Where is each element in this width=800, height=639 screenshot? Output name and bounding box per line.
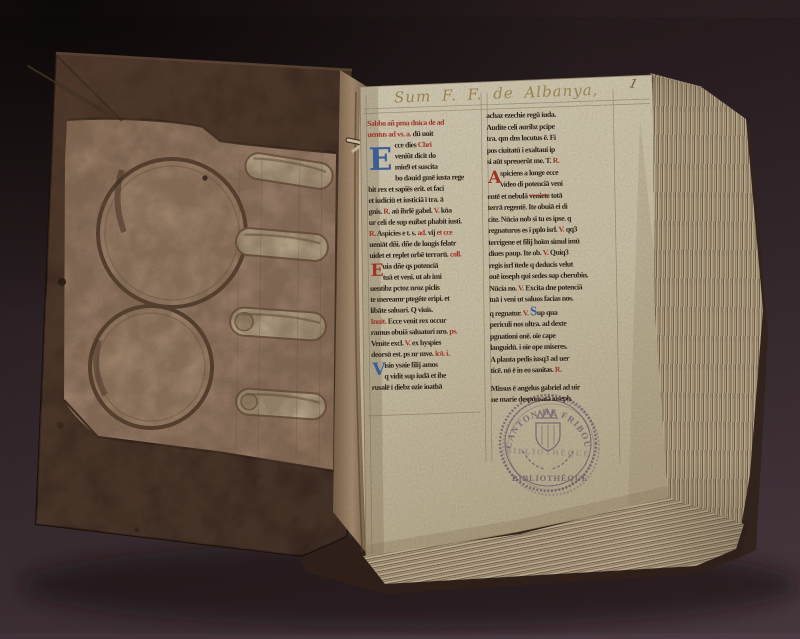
text-run: R. (369, 229, 377, 238)
text-run: ouē ioseph qui sedes sup cherubin. (489, 270, 588, 281)
text-run: pos ciuitatū i exaltaui ip (487, 144, 555, 154)
text-run: cite. Nūcia nob si tu es ipse. q (488, 213, 571, 223)
text-run: te mereamr ptegēte eripi. et (370, 294, 449, 304)
manuscript-column-right: achaz ezechie regū iuda.Audite celi auri… (486, 108, 623, 406)
text-run: languidū. i oīe ope miseres. (490, 342, 567, 352)
text-run: deorsū est. ps nr mve. (371, 349, 435, 359)
text-run: regnaturus es ī pplo isrl. (488, 225, 559, 235)
text-run: Aspicies e t. s. (377, 228, 418, 238)
text-run: uidet et replet orbē terrarū. (369, 250, 450, 260)
text-run: diues paup. Ite ob. (488, 248, 542, 258)
text-run: video di potenciā veni (500, 179, 562, 189)
text-run: R. (383, 207, 391, 216)
text-run: periculi nos ultra. ad dexte (490, 319, 567, 329)
library-stamp: BIBLIOTHÈQUE CANTON DE FRIBOURG BIBLIOTH… (487, 391, 609, 501)
text-run: entē et nebulā (487, 191, 529, 201)
text-run: min9 et suscita (395, 162, 438, 172)
text-run: bit rex et sapiēs erit. et faci (368, 184, 444, 194)
text-run: ex hyspies (412, 338, 441, 348)
stamp-bottom-text: BIBLIOTHÈQUE (512, 473, 588, 483)
text-run: Quiq3 (550, 248, 569, 257)
manuscript-column-left: Sabbo añ pma dnica de aduentus ad vs. a.… (367, 116, 490, 393)
stamp-top-text: CANTON DE FRIBOURG (487, 391, 593, 449)
text-run: terrigene et filij hoīm simul imū (488, 236, 579, 247)
text-run: veniete (529, 190, 549, 199)
text-run: Nūcia no. (489, 283, 518, 293)
text-run: ps. (449, 326, 457, 335)
text-run: totā (549, 190, 562, 199)
text-run: R. (553, 156, 560, 165)
text-run: libāte saluari. Q viuis. (370, 305, 433, 315)
text-run: uentus ad vs. a. (367, 129, 412, 139)
text-run: ad. (417, 228, 428, 237)
text-run: Chri (418, 140, 432, 149)
text-run: rusalē ī diebz ozie ioathā (372, 382, 442, 392)
text-run: pgnationi onē. oīe cape (490, 330, 556, 340)
text-run: qq3 (566, 224, 577, 233)
text-run: bo dauid gmē iusta rege (395, 172, 464, 182)
text-run: q vidit sup iudā et ihe (384, 371, 446, 381)
text-run: ramus obuiā saluatori nro. (371, 327, 450, 337)
text-run: si aūt spreuerūt me. T. (487, 156, 553, 166)
text-run: ticē. nō ē in eo sanitas. (490, 365, 554, 375)
text-run: regis isrl ītede q deducis velut (489, 259, 573, 269)
text-run: kōa (441, 206, 452, 215)
text-run: terrā regentē. Ite obuiā ei di (488, 202, 568, 212)
text-run: Excita dne potenciā (525, 282, 582, 292)
text-run: aū ihrlē gabel. (391, 206, 433, 216)
text-run: dū uoit (413, 129, 434, 138)
photo-scene: Sabbo añ pma dnica de aduentus ad vs. a.… (0, 0, 800, 639)
text-run: cce dies (394, 140, 417, 149)
manuscript-line: rusalē ī diebz ozie ioathā (372, 380, 490, 393)
text-run: ueniāt dñi. dñe de longis felatr (369, 238, 456, 249)
text-run: tuā et veni. ut ab imi (383, 272, 442, 282)
manuscript-line: ticē. nō ē in eo sanitas. R. (490, 363, 622, 377)
text-run: veniūt dicit do (395, 151, 436, 161)
text-run: up qua (537, 307, 558, 316)
text-run: ur celi de sup euibet phabit iusti. (369, 216, 462, 227)
text-run: isio ysaie filij amos (384, 360, 437, 370)
text-run: et iudiciū et iusticiā ī tra. ā (368, 195, 443, 205)
text-run: Ecce venit rex occur (388, 316, 446, 326)
stamp-main-strike: CANTON DE FRIBOURG BIBLIOTHÈQUE (487, 391, 596, 491)
text-run: gnis. (369, 207, 384, 216)
text-run: Audite celi auribz pcipe (486, 121, 554, 131)
text-run: achaz ezechie regū iuda. (486, 110, 556, 120)
text-run: et cce (437, 228, 453, 237)
text-run: coll. (450, 249, 462, 258)
text-run: q regnatur. (489, 308, 522, 318)
text-run: vij (428, 228, 437, 237)
text-run: Inuit. (370, 317, 387, 326)
text-run: R. (555, 365, 562, 374)
text-run: lcō. i. (435, 349, 450, 358)
text-run: Sabbo añ pma dnica de ad (367, 118, 444, 128)
text-run: spiciens a longe ecce (500, 167, 558, 177)
text-run: uentibz pctoz nroz piclis (370, 283, 440, 293)
text-run: A planta pedis iusq3 ad uer (490, 353, 569, 363)
text-run: tra. qm dns locutus ē. Fi (486, 133, 555, 143)
text-run: uia dñe qs potenciā (383, 261, 439, 271)
text-run: Venite excl. (371, 338, 405, 348)
